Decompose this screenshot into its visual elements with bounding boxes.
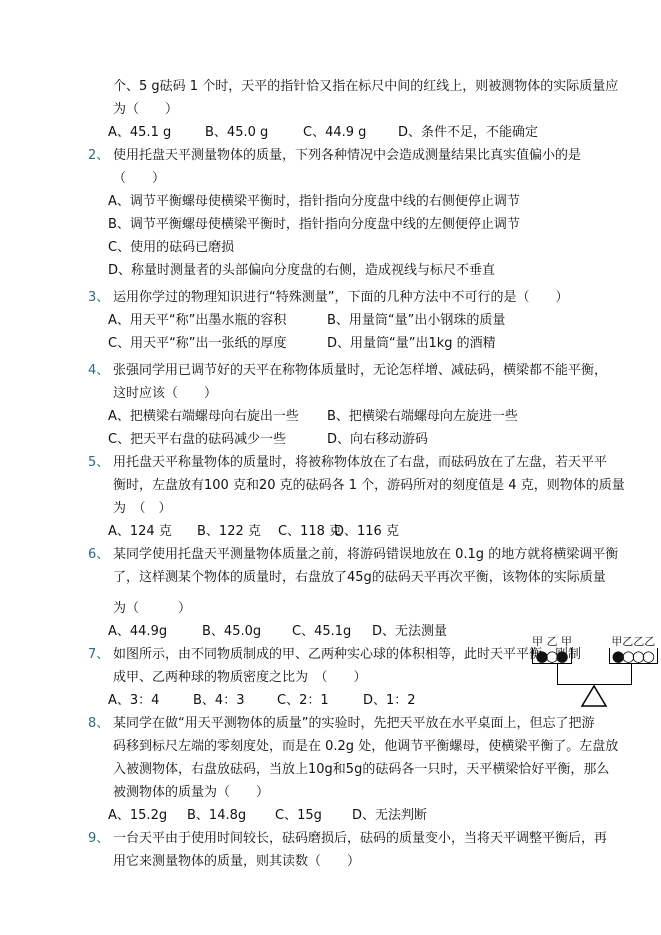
question-9: 9、 一台天平由于使用时间较长，砝码磨损后，砝码的质量变小，当将天平调整平衡后，…	[113, 827, 653, 873]
question-3-option-d: D、用量筒“量”出1kg 的酒精	[327, 332, 653, 355]
question-8-option-b: B、14.8g	[187, 804, 275, 827]
question-7-option-b: B、4：3	[193, 689, 277, 712]
question-4-number: 4、	[88, 359, 109, 382]
question-7-option-c: C、2：1	[277, 689, 363, 712]
fulcrum-triangle-icon	[579, 684, 609, 708]
balance-beam	[557, 664, 632, 685]
question-1: 个、5 g砝码 1 个时，天平的指针恰又指在标尺中间的红线上，则被测物体的实际质…	[113, 75, 653, 144]
question-6: 6、 某同学使用托盘天平测量物体质量之前，将游码错误地放在 0.1g 的地方就将…	[113, 543, 653, 643]
question-4-options: A、把横梁右端螺母向右旋出一些 B、把横梁右端螺母向左旋进一些 C、把天平右盘的…	[108, 405, 653, 451]
left-pan-balls-icon: ●○●	[535, 649, 565, 663]
question-7-option-a: A、3：4	[108, 689, 193, 712]
question-1-stem-line: 为（ ）	[113, 98, 653, 121]
question-6-stem-line: 了，这样测某个物体的质量时，右盘放了45g的砝码天平再次平衡，该物体的实际质量	[113, 566, 653, 589]
question-1-options: A、45.1 g B、45.0 g C、44.9 g D、条件不足，不能确定	[108, 121, 653, 144]
question-1-option-a: A、45.1 g	[108, 121, 205, 144]
question-3-option-c: C、用天平“称”出一张纸的厚度	[108, 332, 327, 355]
question-8-option-a: A、15.2g	[108, 804, 187, 827]
question-6-number: 6、	[88, 543, 109, 566]
question-6-stem-line: 某同学使用托盘天平测量物体质量之前，将游码错误地放在 0.1g 的地方就将横梁调…	[113, 543, 653, 566]
question-7-number: 7、	[88, 643, 109, 666]
question-2-option-a: A、调节平衡螺母使横梁平衡时，指针指向分度盘中线的右侧便停止调节	[108, 190, 653, 213]
right-pan-group: 甲乙乙乙 ●○○○	[609, 635, 658, 664]
question-8-stem-line: 某同学在做“用天平测物体的质量”的实验时，先把天平放在水平桌面上，但忘了把游	[113, 712, 653, 735]
question-3-number: 3、	[88, 286, 109, 309]
question-8: 8、 某同学在做“用天平测物体的质量”的实验时，先把天平放在水平桌面上，但忘了把…	[113, 712, 653, 827]
question-9-stem-line: 一台天平由于使用时间较长，砝码磨损后，砝码的质量变小，当将天平调整平衡后，再	[113, 827, 653, 850]
question-5-stem-line: 用托盘天平称量物体的质量时，将被称物体放在了右盘，而砝码放在了左盘，若天平平	[113, 451, 653, 474]
question-6-option-c: C、45.1g	[292, 620, 372, 643]
question-5-option-a: A、124 克	[108, 520, 197, 543]
question-4-stem-line: 张强同学用已调节好的天平在称物体质量时，无论怎样增、减砝码，横梁都不能平衡，	[113, 359, 653, 382]
question-5-option-d: D、116 克	[334, 520, 653, 543]
question-3-option-b: B、用量筒“量”出小钢珠的质量	[327, 309, 653, 332]
question-2-number: 2、	[88, 144, 109, 167]
question-2-stem-line: （ ）	[113, 167, 653, 190]
balance-scale-figure: 甲 乙 甲 ●○● 甲乙乙乙 ●○○○	[532, 635, 658, 708]
question-2-option-b: B、调节平衡螺母使横梁平衡时，指针指向分度盘中线的左侧便停止调节	[108, 213, 653, 236]
question-1-option-b: B、45.0 g	[205, 121, 303, 144]
question-4: 4、 张强同学用已调节好的天平在称物体质量时，无论怎样增、减砝码，横梁都不能平衡…	[113, 359, 653, 451]
question-8-option-d: D、无法判断	[352, 804, 653, 827]
question-4-stem-line: 这时应该（ ）	[113, 382, 653, 405]
question-5-stem-line: 为 （ ）	[113, 497, 653, 520]
question-3-option-a: A、用天平“称”出墨水瓶的容积	[108, 309, 327, 332]
question-1-stem-line: 个、5 g砝码 1 个时，天平的指针恰又指在标尺中间的红线上，则被测物体的实际质…	[113, 75, 653, 98]
question-2-option-c: C、使用的砝码已磨损	[108, 236, 653, 259]
question-5-stem-line: 衡时，左盘放有100 克和20 克的砝码各 1 个，游码所对的刻度值是 4 克，…	[113, 474, 653, 497]
question-3: 3、 运用你学过的物理知识进行“特殊测量”，下面的几种方法中不可行的是（ ） A…	[113, 286, 653, 355]
question-6-stem-line: 为（ ）	[113, 597, 653, 620]
question-2-options: A、调节平衡螺母使横梁平衡时，指针指向分度盘中线的右侧便停止调节 B、调节平衡螺…	[108, 190, 653, 282]
question-4-option-b: B、把横梁右端螺母向左旋进一些	[327, 405, 653, 428]
question-2-stem-line: 使用托盘天平测量物体的质量，下列各种情况中会造成测量结果比真实值偏小的是	[113, 144, 653, 167]
balance-pans: 甲 乙 甲 ●○● 甲乙乙乙 ●○○○	[532, 635, 658, 664]
left-pan: ●○●	[532, 648, 572, 664]
question-8-number: 8、	[88, 712, 109, 735]
question-3-options: A、用天平“称”出墨水瓶的容积 B、用量筒“量”出小钢珠的质量 C、用天平“称”…	[108, 309, 653, 355]
question-5: 5、 用托盘天平称量物体的质量时，将被称物体放在了右盘，而砝码放在了左盘，若天平…	[113, 451, 653, 543]
question-2: 2、 使用托盘天平测量物体的质量，下列各种情况中会造成测量结果比真实值偏小的是 …	[113, 144, 653, 282]
document-page: 个、5 g砝码 1 个时，天平的指针恰又指在标尺中间的红线上，则被测物体的实际质…	[0, 0, 661, 873]
question-2-option-d: D、称量时测量者的头部偏向分度盘的右侧，造成视线与标尺不垂直	[108, 259, 653, 282]
question-9-stem-line: 用它来测量物体的质量，则其读数（ ）	[113, 850, 653, 873]
question-7: 7、 如图所示，由不同物质制成的甲、乙两种实心球的体积相等，此时天平平衡。则制 …	[113, 643, 653, 712]
question-5-option-c: C、118 克	[278, 520, 334, 543]
question-4-option-c: C、把天平右盘的砝码减少一些	[108, 428, 327, 451]
question-8-stem-line: 码移到标尺左端的零刻度处，而是在 0.2g 处，他调节平衡螺母，使横梁平衡了。左…	[113, 735, 653, 758]
question-9-number: 9、	[88, 827, 109, 850]
question-6-option-b: B、45.0g	[202, 620, 292, 643]
question-3-stem-line: 运用你学过的物理知识进行“特殊测量”，下面的几种方法中不可行的是（ ）	[113, 286, 653, 309]
question-8-options: A、15.2g B、14.8g C、15g D、无法判断	[108, 804, 653, 827]
question-1-option-d: D、条件不足，不能确定	[398, 121, 653, 144]
question-6-option-a: A、44.9g	[108, 620, 202, 643]
question-4-option-a: A、把横梁右端螺母向右旋出一些	[108, 405, 327, 428]
left-pan-group: 甲 乙 甲 ●○●	[532, 635, 572, 664]
question-1-option-c: C、44.9 g	[303, 121, 398, 144]
right-pan: ●○○○	[609, 648, 658, 664]
question-8-stem-line: 被测物体的质量为（ ）	[113, 781, 653, 804]
question-5-number: 5、	[88, 451, 109, 474]
question-8-option-c: C、15g	[275, 804, 352, 827]
question-5-option-b: B、122 克	[197, 520, 278, 543]
right-pan-balls-icon: ●○○○	[612, 649, 652, 663]
question-8-stem-line: 入被测物体，右盘放砝码，当放上10g和5g的砝码各一只时，天平横梁恰好平衡，那么	[113, 758, 653, 781]
question-5-options: A、124 克 B、122 克 C、118 克 D、116 克	[108, 520, 653, 543]
question-4-option-d: D、向右移动游码	[327, 428, 653, 451]
